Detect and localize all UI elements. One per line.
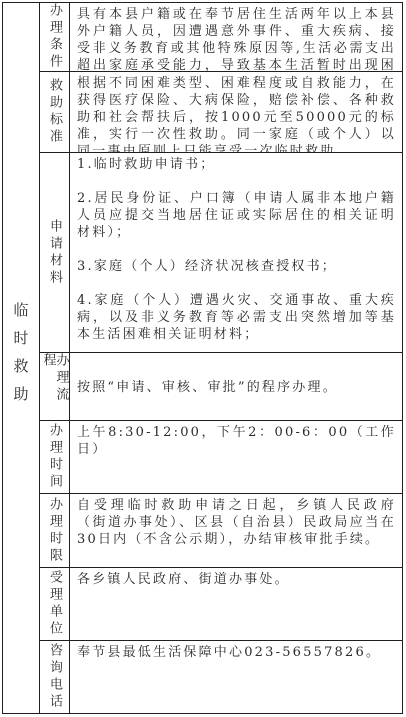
row-label-materials: 申请材料 (40, 153, 70, 353)
row-label-phone: 咨询电话 (40, 641, 70, 713)
row-label-accepting-unit: 受理单位 (40, 568, 70, 641)
row-label-process: 办理流程 (40, 353, 70, 421)
row-label-text: 申请材料 (48, 219, 61, 287)
row-label-standard: 救助标准 (40, 72, 70, 153)
row-content-materials: 1.临时救助申请书； 2.居民身份证、户口簿（申请人属非本地户籍人员应提交当地居… (70, 153, 402, 353)
row-label-hours: 办理时间 (40, 421, 70, 494)
row-label-text: 办理流程 (42, 353, 68, 420)
row-content-accepting-unit: 各乡镇人民政府、街道办事处。 (70, 568, 402, 641)
row-label-text: 办理条件 (48, 3, 61, 71)
row-label-text: 办理时间 (48, 423, 61, 491)
row-label-text: 救助标准 (48, 78, 61, 146)
row-label-conditions: 办理条件 (40, 3, 70, 72)
main-header-vertical-text: 临时救助 (11, 302, 32, 414)
row-content-process: 按照“申请、审核、审批”的程序办理。 (70, 353, 402, 421)
service-info-table: 临时救助 办理条件 具有本县户籍或在奉节居住生活两年以上本县外户籍人员，因遭遇意… (2, 2, 403, 714)
document-page: 临时救助 办理条件 具有本县户籍或在奉节居住生活两年以上本县外户籍人员，因遭遇意… (0, 0, 406, 717)
row-label-text: 受理单位 (48, 570, 61, 638)
row-content-deadline: 自受理临时救助申请之日起，乡镇人民政府（街道办事处）、区县（自治县）民政局应当在… (70, 494, 402, 568)
row-content-conditions: 具有本县户籍或在奉节居住生活两年以上本县外户籍人员，因遭遇意外事件、重大疾病、接… (70, 3, 402, 72)
row-content-phone: 奉节县最低生活保障中心023-56557826。 (70, 641, 402, 713)
table-main-header-cell: 临时救助 (3, 3, 40, 713)
row-content-standard: 根据不同困难类型、困难程度或自救能力，在获得医疗保险、大病保险，赔偿补偿、各种救… (70, 72, 402, 153)
row-label-deadline: 办理时限 (40, 494, 70, 568)
row-label-text: 办理时限 (48, 497, 61, 565)
row-content-hours: 上午8:30-12:00，下午2：00-6：00（工作日） (70, 421, 402, 494)
row-label-text: 咨询电话 (48, 643, 61, 711)
